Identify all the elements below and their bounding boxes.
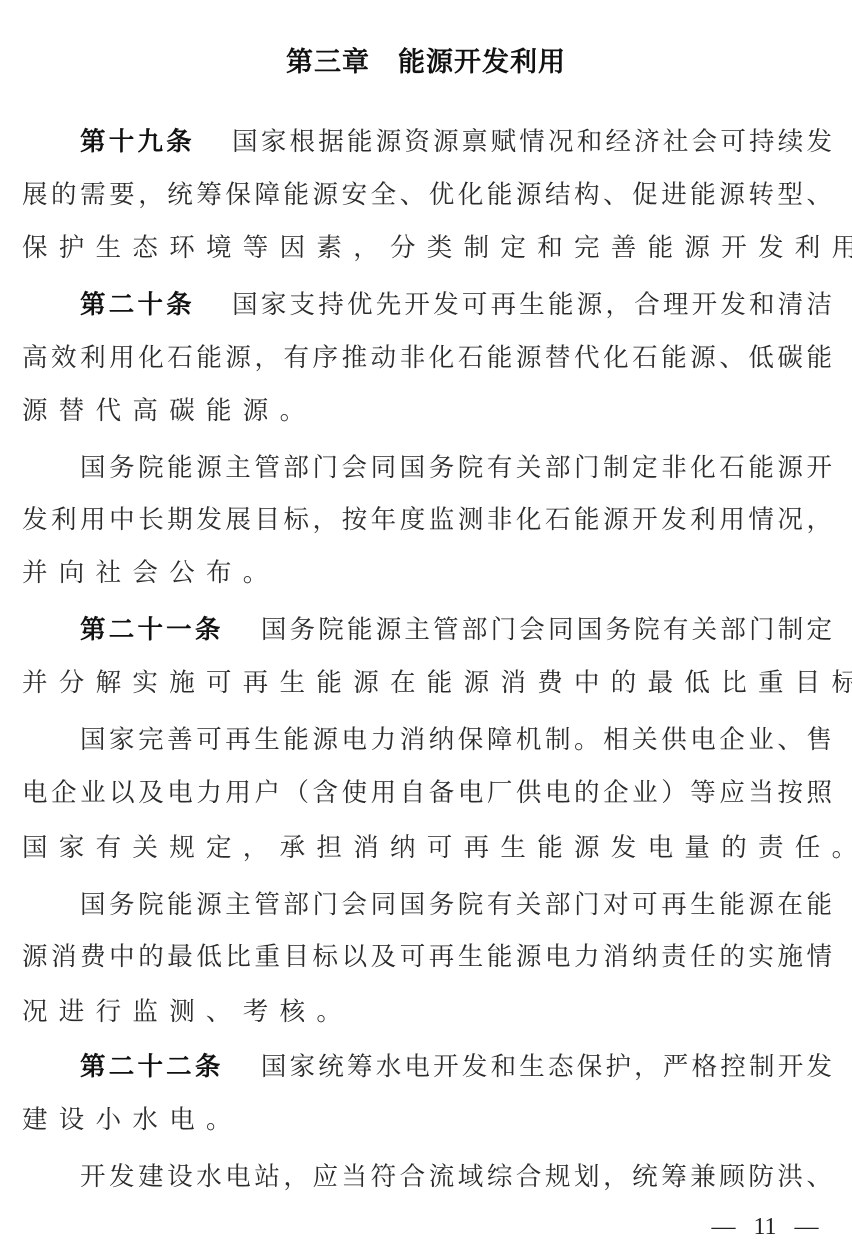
paragraph-line: 国务院能源主管部门会同国务院有关部门制定非化石能源开 xyxy=(80,448,832,488)
article-20-line-3: 源替代高碳能源。 xyxy=(22,391,832,431)
document-page: 第三章能源开发利用 第十九条国家根据能源资源禀赋情况和经济社会可持续发 展的需要… xyxy=(0,0,852,1259)
paragraph-line: 源消费中的最低比重目标以及可再生能源电力消纳责任的实施情 xyxy=(22,937,832,977)
chapter-number: 第三章 xyxy=(286,47,370,78)
paragraph-line: 电企业以及电力用户（含使用自备电厂供电的企业）等应当按照 xyxy=(22,773,832,813)
article-19-line-2: 展的需要，统筹保障能源安全、优化能源结构、促进能源转型、 xyxy=(22,175,832,215)
article-21-line-2: 并分解实施可再生能源在能源消费中的最低比重目标。 xyxy=(22,663,832,703)
chapter-title: 第三章能源开发利用 xyxy=(0,40,852,79)
paragraph-line: 并向社会公布。 xyxy=(22,553,832,593)
paragraph-line: 国家有关规定，承担消纳可再生能源发电量的责任。 xyxy=(22,828,832,868)
article-heading: 第二十一条 xyxy=(80,615,224,645)
article-heading: 第二十二条 xyxy=(80,1052,224,1082)
article-22-line-2: 建设小水电。 xyxy=(22,1100,832,1140)
article-20-line-1: 第二十条国家支持优先开发可再生能源，合理开发和清洁 xyxy=(80,285,832,325)
chapter-name: 能源开发利用 xyxy=(398,47,566,78)
article-22-line-1: 第二十二条国家统筹水电开发和生态保护，严格控制开发 xyxy=(80,1047,832,1087)
article-heading: 第二十条 xyxy=(80,290,195,320)
paragraph-line: 国家完善可再生能源电力消纳保障机制。相关供电企业、售 xyxy=(80,720,832,760)
article-19-line-3: 保护生态环境等因素，分类制定和完善能源开发利用政策。 xyxy=(22,228,832,268)
article-19-line-1: 第十九条国家根据能源资源禀赋情况和经济社会可持续发 xyxy=(80,122,832,162)
paragraph-line: 况进行监测、考核。 xyxy=(22,992,832,1032)
article-21-line-1: 第二十一条国务院能源主管部门会同国务院有关部门制定 xyxy=(80,610,832,650)
paragraph-line: 国务院能源主管部门会同国务院有关部门对可再生能源在能 xyxy=(80,885,832,925)
paragraph-line: 发利用中长期发展目标，按年度监测非化石能源开发利用情况， xyxy=(22,500,832,540)
page-number: — 11 — xyxy=(700,1210,830,1244)
article-20-line-2: 高效利用化石能源，有序推动非化石能源替代化石能源、低碳能 xyxy=(22,338,832,378)
article-heading: 第十九条 xyxy=(80,127,195,157)
paragraph-line: 开发建设水电站，应当符合流域综合规划，统筹兼顾防洪、 xyxy=(80,1157,832,1197)
